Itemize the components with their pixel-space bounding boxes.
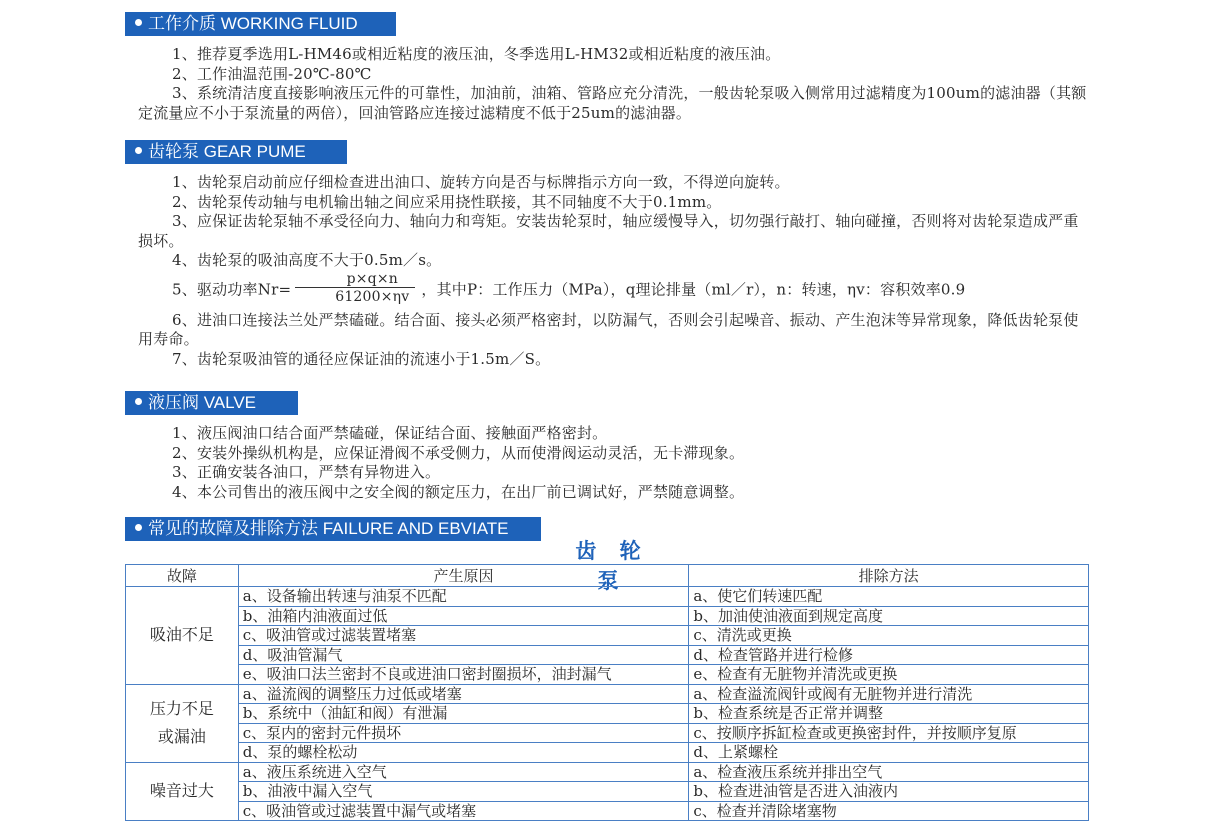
cause-cell: c、吸油管或过滤装置中漏气或堵塞 [238, 801, 689, 821]
table-row: 噪音过大 a、液压系统进入空气 a、检查液压系统并排出空气 [126, 762, 1089, 782]
section-header-valve: 液压阀 VALVE [125, 391, 298, 415]
paragraph: 3、应保证齿轮泵轴不承受径向力、轴向力和弯矩。安装齿轮泵时，轴应缓慢导入，切勿强… [138, 212, 1093, 251]
remedy-cell: c、按顺序拆缸检查或更换密封件，并按顺序复原 [689, 723, 1089, 743]
remedy-cell: a、检查溢流阀针或阀有无脏物并进行清洗 [689, 684, 1089, 704]
remedy-cell: b、检查系统是否正常并调整 [689, 704, 1089, 724]
remedy-cell: c、检查并清除堵塞物 [689, 801, 1089, 821]
section-title: 工作介质 WORKING FLUID [148, 14, 358, 33]
formula-prefix: 5、驱动功率Nr= [172, 280, 291, 298]
cause-cell: a、设备输出转速与油泵不匹配 [238, 587, 689, 607]
section-title: 齿轮泵 GEAR PUME [148, 142, 306, 161]
section-title: 常见的故障及排除方法 FAILURE AND EBVIATE [148, 519, 509, 538]
formula-denominator: 61200×ηv [295, 288, 415, 306]
table-row: c、泵内的密封元件损坏 c、按顺序拆缸检查或更换密封件，并按顺序复原 [126, 723, 1089, 743]
fault-cell: 噪音过大 [126, 762, 239, 821]
table-row: d、泵的螺栓松动 d、上紧螺栓 [126, 743, 1089, 763]
section-header-working-fluid: 工作介质 WORKING FLUID [125, 12, 396, 36]
table-row: c、吸油管或过滤装置堵塞 c、清洗或更换 [126, 626, 1089, 646]
paragraph: 3、正确安装各油口，严禁有异物进入。 [138, 463, 1093, 483]
cause-cell: e、吸油口法兰密封不良或进油口密封圈损坏，油封漏气 [238, 665, 689, 685]
bullet-icon [135, 524, 142, 531]
remedy-cell: d、检查管路并进行检修 [689, 645, 1089, 665]
fault-cell: 压力不足 或漏油 [126, 684, 239, 762]
paragraph: 2、工作油温范围-20℃-80℃ [138, 65, 1093, 85]
table-row: d、吸油管漏气 d、检查管路并进行检修 [126, 645, 1089, 665]
cause-cell: d、吸油管漏气 [238, 645, 689, 665]
bullet-icon [135, 147, 142, 154]
formula-suffix: ，其中P：工作压力（MPa），q理论排量（ml／r），n：转速，ηv：容积效率0… [421, 280, 965, 298]
remedy-cell: c、清洗或更换 [689, 626, 1089, 646]
remedy-cell: d、上紧螺栓 [689, 743, 1089, 763]
valve-text: 1、液压阀油口结合面严禁磕碰，保证结合面、接触面严格密封。 2、安装外操纵机构是… [138, 424, 1093, 502]
table-row: b、油箱内油液面过低 b、加油使油液面到规定高度 [126, 606, 1089, 626]
working-fluid-text: 1、推荐夏季选用L-HM46或相近粘度的液压油，冬季选用L-HM32或相近粘度的… [138, 45, 1093, 123]
table-header-row: 故障 产生原因 排除方法 [126, 565, 1089, 587]
cause-cell: d、泵的螺栓松动 [238, 743, 689, 763]
fault-label-line1: 压力不足 [130, 695, 234, 723]
table-row: b、油液中漏入空气 b、检查进油管是否进入油液内 [126, 782, 1089, 802]
cause-cell: b、油液中漏入空气 [238, 782, 689, 802]
table-row: 吸油不足 a、设备输出转速与油泵不匹配 a、使它们转速匹配 [126, 587, 1089, 607]
paragraph: 1、齿轮泵启动前应仔细检查进出油口、旋转方向是否与标牌指示方向一致，不得逆向旋转… [138, 173, 1093, 193]
bullet-icon [135, 19, 142, 26]
remedy-cell: a、使它们转速匹配 [689, 587, 1089, 607]
cause-cell: c、泵内的密封元件损坏 [238, 723, 689, 743]
table-row: 压力不足 或漏油 a、溢流阀的调整压力过低或堵塞 a、检查溢流阀针或阀有无脏物并… [126, 684, 1089, 704]
cause-cell: a、液压系统进入空气 [238, 762, 689, 782]
paragraph: 3、系统清洁度直接影响液压元件的可靠性，加油前，油箱、管路应充分清洗，一般齿轮泵… [138, 84, 1093, 123]
paragraph: 4、齿轮泵的吸油高度不大于0.5m／s。 [138, 251, 1093, 271]
paragraph: 4、本公司售出的液压阀中之安全阀的额定压力，在出厂前已调试好，严禁随意调整。 [138, 483, 1093, 503]
remedy-cell: b、加油使油液面到规定高度 [689, 606, 1089, 626]
cause-cell: a、溢流阀的调整压力过低或堵塞 [238, 684, 689, 704]
paragraph: 2、齿轮泵传动轴与电机输出轴之间应采用挠性联接，其不同轴度不大于0.1mm。 [138, 193, 1093, 213]
paragraph: 7、齿轮泵吸油管的通径应保证油的流速小于1.5m／S。 [138, 350, 1093, 370]
cause-cell: b、油箱内油液面过低 [238, 606, 689, 626]
paragraph: 1、液压阀油口结合面严禁磕碰，保证结合面、接触面严格密封。 [138, 424, 1093, 444]
formula-numerator: p×q×n [295, 271, 415, 288]
table-row: b、系统中（油缸和阀）有泄漏 b、检查系统是否正常并调整 [126, 704, 1089, 724]
fault-label-line2: 或漏油 [130, 723, 234, 751]
bullet-icon [135, 398, 142, 405]
table-row: c、吸油管或过滤装置中漏气或堵塞 c、检查并清除堵塞物 [126, 801, 1089, 821]
header-fault: 故障 [126, 565, 239, 587]
power-formula: p×q×n61200×ηv [295, 271, 415, 306]
cause-cell: b、系统中（油缸和阀）有泄漏 [238, 704, 689, 724]
header-cause: 产生原因 [238, 565, 689, 587]
cause-cell: c、吸油管或过滤装置堵塞 [238, 626, 689, 646]
section-header-failure: 常见的故障及排除方法 FAILURE AND EBVIATE [125, 517, 541, 541]
header-remedy: 排除方法 [689, 565, 1089, 587]
paragraph: 2、安装外操纵机构是，应保证滑阀不承受侧力，从而使滑阀运动灵活，无卡滞现象。 [138, 444, 1093, 464]
gear-pump-text: 1、齿轮泵启动前应仔细检查进出油口、旋转方向是否与标牌指示方向一致，不得逆向旋转… [138, 173, 1093, 369]
table-row: e、吸油口法兰密封不良或进油口密封圈损坏，油封漏气 e、检查有无脏物并清洗或更换 [126, 665, 1089, 685]
section-header-gear-pump: 齿轮泵 GEAR PUME [125, 140, 347, 164]
failure-table: 故障 产生原因 排除方法 吸油不足 a、设备输出转速与油泵不匹配 a、使它们转速… [125, 564, 1089, 821]
formula-paragraph: 5、驱动功率Nr=p×q×n61200×ηv，其中P：工作压力（MPa），q理论… [138, 273, 1093, 308]
paragraph: 6、进油口连接法兰处严禁磕碰。结合面、接头必须严格密封，以防漏气，否则会引起噪音… [138, 311, 1093, 350]
remedy-cell: b、检查进油管是否进入油液内 [689, 782, 1089, 802]
remedy-cell: e、检查有无脏物并清洗或更换 [689, 665, 1089, 685]
paragraph: 1、推荐夏季选用L-HM46或相近粘度的液压油，冬季选用L-HM32或相近粘度的… [138, 45, 1093, 65]
section-title: 液压阀 VALVE [148, 393, 256, 412]
fault-cell: 吸油不足 [126, 587, 239, 685]
remedy-cell: a、检查液压系统并排出空气 [689, 762, 1089, 782]
